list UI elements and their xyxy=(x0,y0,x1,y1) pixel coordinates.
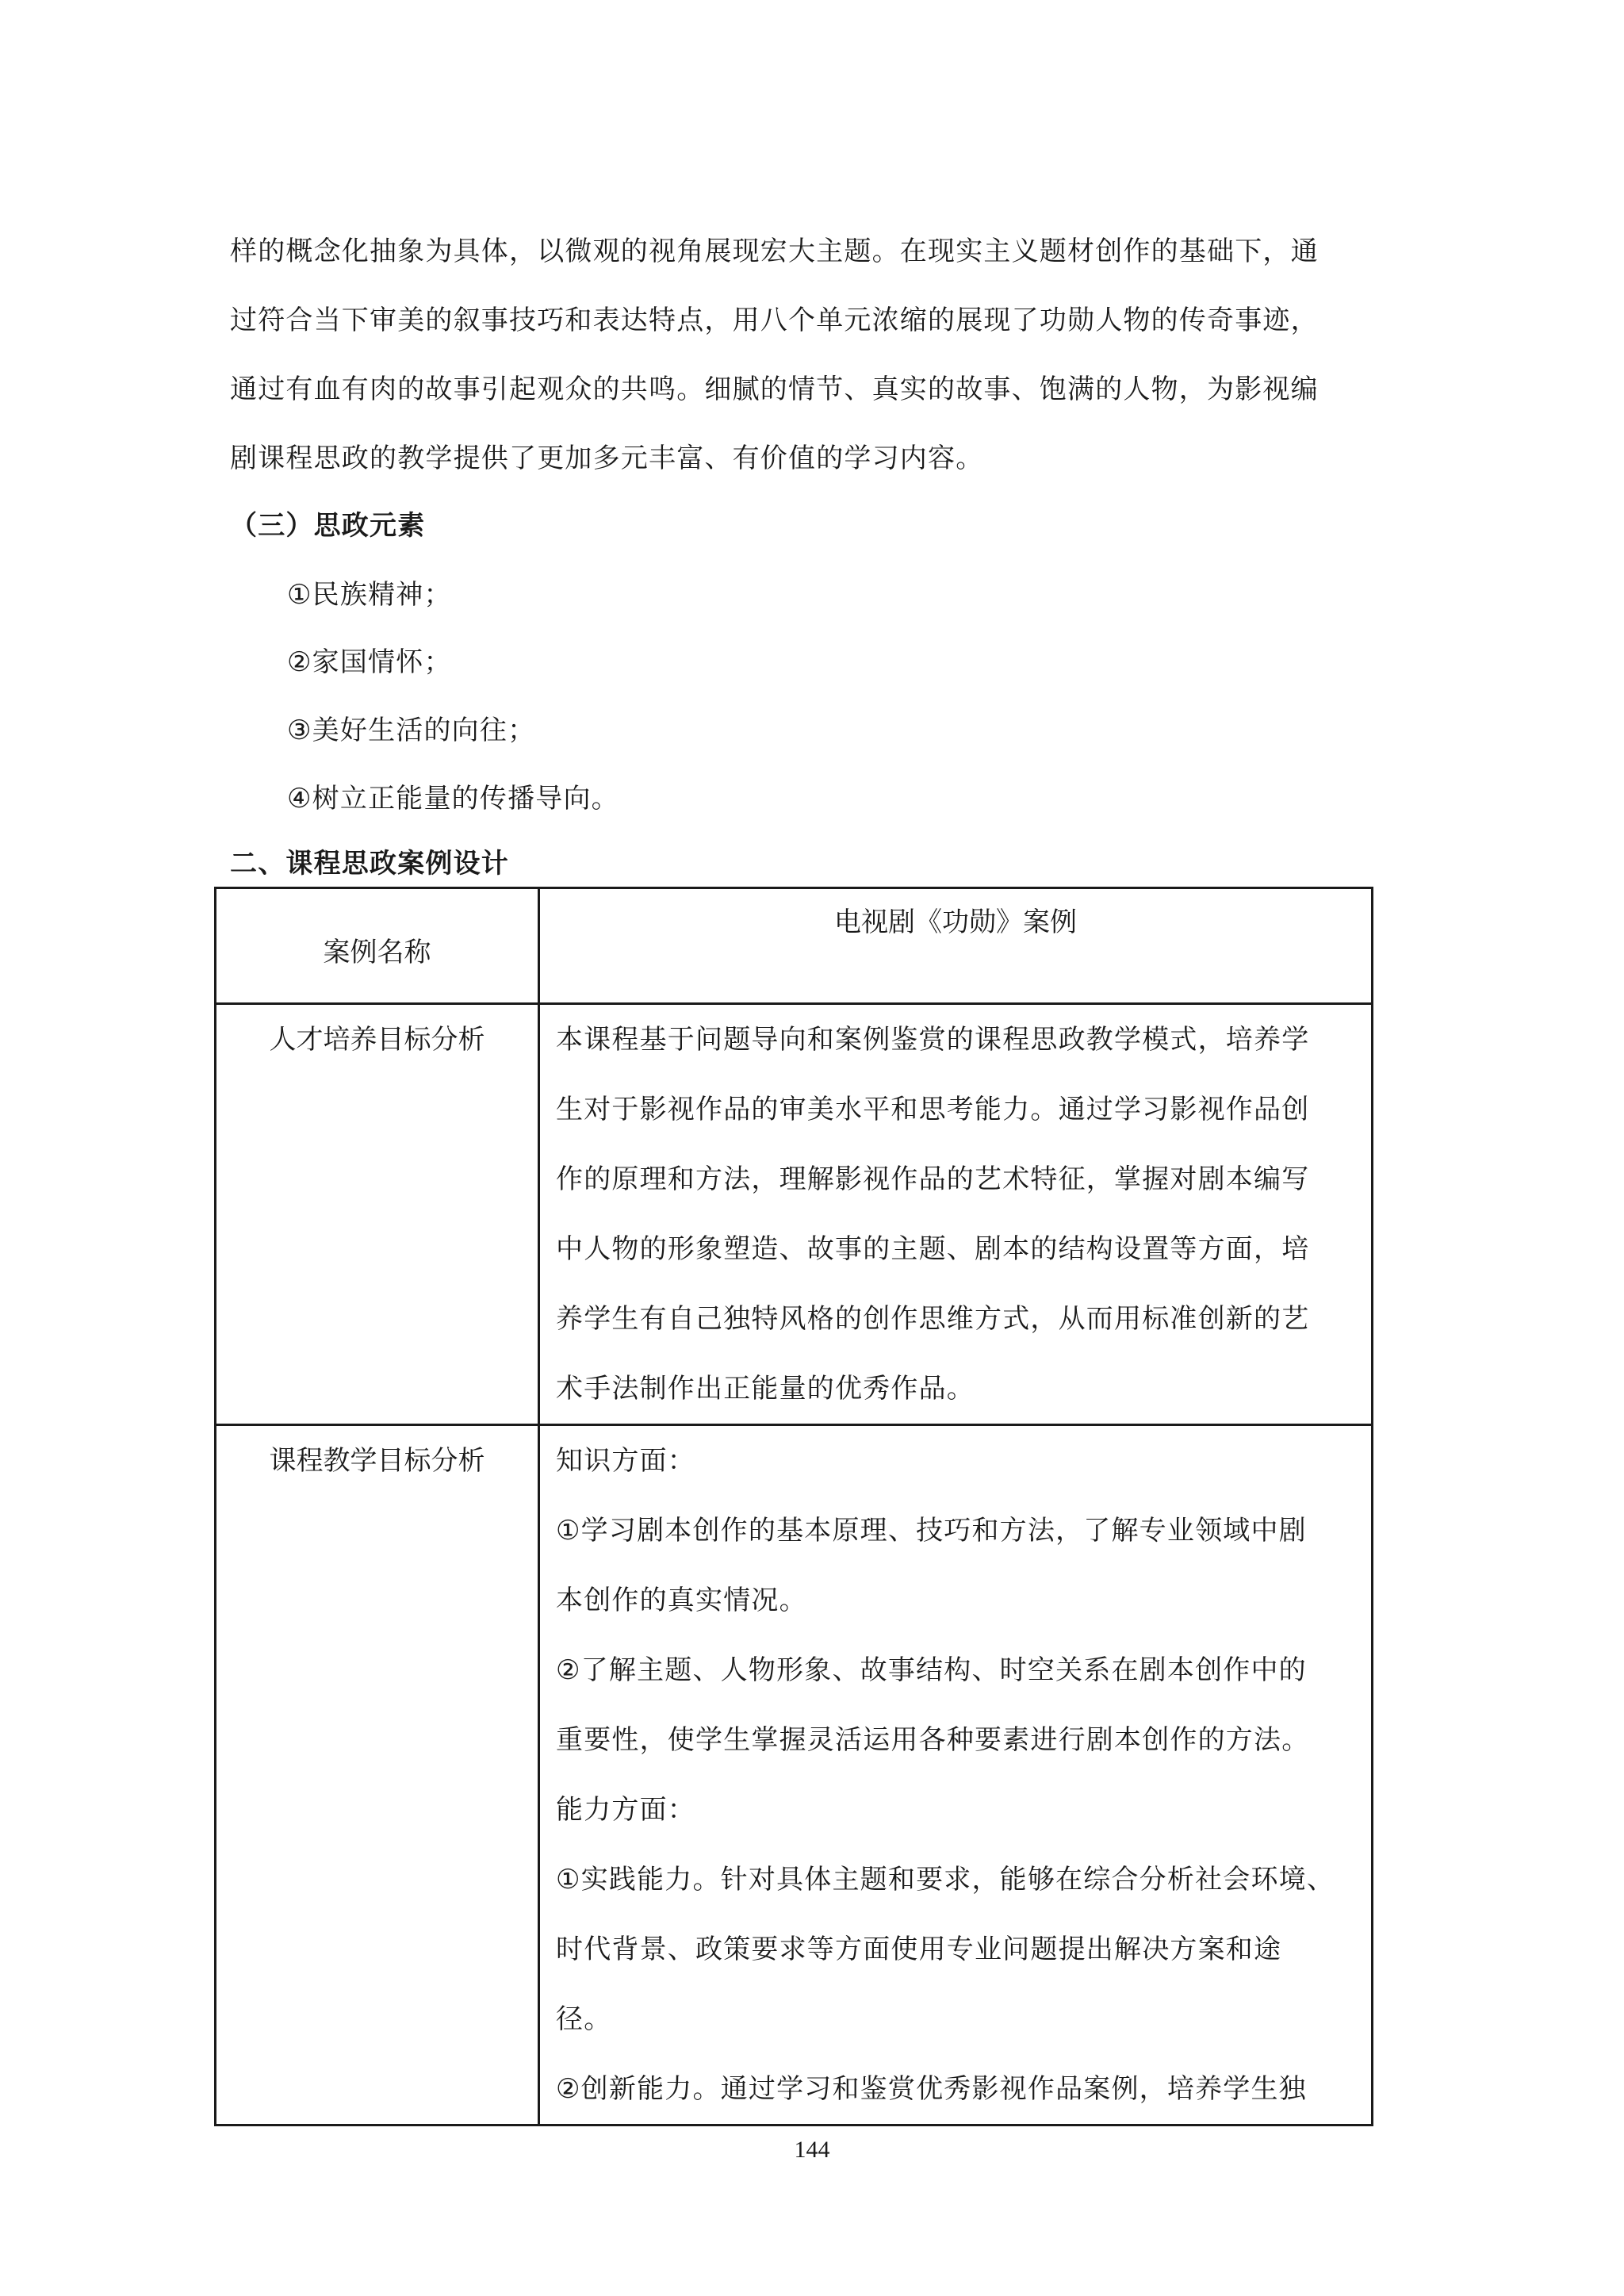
content-line: 中人物的形象塑造、故事的主题、剧本的结构设置等方面，培 xyxy=(540,1214,1371,1284)
page-number: 144 xyxy=(0,2137,1624,2164)
paragraph-line: 剧课程思政的教学提供了更加多元丰富、有价值的学习内容。 xyxy=(230,443,983,474)
content-line: 生对于影视作品的审美水平和思考能力。通过学习影视作品创 xyxy=(540,1075,1371,1144)
table-header-row: 案例名称 电视剧《功勋》案例 xyxy=(216,888,1373,1004)
content-line: 径。 xyxy=(540,1984,1371,2054)
table-row: 课程教学目标分析 知识方面： ①学习剧本创作的基本原理、技巧和方法，了解专业领域… xyxy=(216,1425,1373,2125)
content-line: ②创新能力。通过学习和鉴赏优秀影视作品案例，培养学生独 xyxy=(540,2054,1371,2124)
table-cell-value: 电视剧《功勋》案例 xyxy=(539,888,1373,1004)
table-cell-label: 人才培养目标分析 xyxy=(216,1004,539,1425)
table-cell-label: 案例名称 xyxy=(216,888,539,1004)
content-line: ②了解主题、人物形象、故事结构、时空关系在剧本创作中的 xyxy=(540,1635,1371,1705)
list-item: ③美好生活的向往； xyxy=(287,715,535,746)
content-line: 养学生有自己独特风格的创作思维方式，从而用标准创新的艺 xyxy=(540,1284,1371,1354)
table-cell-content: 知识方面： ①学习剧本创作的基本原理、技巧和方法，了解专业领域中剧 本创作的真实… xyxy=(539,1425,1373,2125)
list-item: ②家国情怀； xyxy=(287,646,452,678)
section-heading-ideological-elements: （三）思政元素 xyxy=(230,510,425,542)
paragraph-line: 过符合当下审美的叙事技巧和表达特点，用八个单元浓缩的展现了功勋人物的传奇事迹， xyxy=(230,305,1319,336)
list-item: ①民族精神； xyxy=(287,579,452,611)
list-item: ④树立正能量的传播导向。 xyxy=(287,783,619,815)
content-line: 本创作的真实情况。 xyxy=(540,1566,1371,1635)
section-heading-case-design: 二、课程思政案例设计 xyxy=(230,848,509,880)
content-line: ①实践能力。针对具体主题和要求，能够在综合分析社会环境、 xyxy=(540,1845,1371,1915)
paragraph-line: 样的概念化抽象为具体，以微观的视角展现宏大主题。在现实主义题材创作的基础下，通 xyxy=(230,236,1319,267)
table-cell-content: 本课程基于问题导向和案例鉴赏的课程思政教学模式，培养学 生对于影视作品的审美水平… xyxy=(539,1004,1373,1425)
row-label: 课程教学目标分析 xyxy=(216,1426,538,1481)
content-line: 本课程基于问题导向和案例鉴赏的课程思政教学模式，培养学 xyxy=(540,1005,1371,1075)
content-line: 能力方面： xyxy=(540,1775,1371,1845)
row-label: 人才培养目标分析 xyxy=(216,1005,538,1060)
content-line: 知识方面： xyxy=(540,1426,1371,1496)
table-row: 人才培养目标分析 本课程基于问题导向和案例鉴赏的课程思政教学模式，培养学 生对于… xyxy=(216,1004,1373,1425)
content-line: 时代背景、政策要求等方面使用专业问题提出解决方案和途 xyxy=(540,1915,1371,1984)
case-name-value: 电视剧《功勋》案例 xyxy=(540,889,1371,938)
content-line: 作的原理和方法，理解影视作品的艺术特征，掌握对剧本编写 xyxy=(540,1144,1371,1214)
case-design-table: 案例名称 电视剧《功勋》案例 人才培养目标分析 本课程基于问题导向和案例鉴赏的课… xyxy=(214,887,1373,2126)
content-line: 重要性，使学生掌握灵活运用各种要素进行剧本创作的方法。 xyxy=(540,1705,1371,1775)
table-cell-label: 课程教学目标分析 xyxy=(216,1425,539,2125)
paragraph-line: 通过有血有肉的故事引起观众的共鸣。细腻的情节、真实的故事、饱满的人物，为影视编 xyxy=(230,374,1319,405)
content-line: ①学习剧本创作的基本原理、技巧和方法，了解专业领域中剧 xyxy=(540,1496,1371,1566)
case-name-label: 案例名称 xyxy=(216,889,538,968)
content-line: 术手法制作出正能量的优秀作品。 xyxy=(540,1354,1371,1424)
